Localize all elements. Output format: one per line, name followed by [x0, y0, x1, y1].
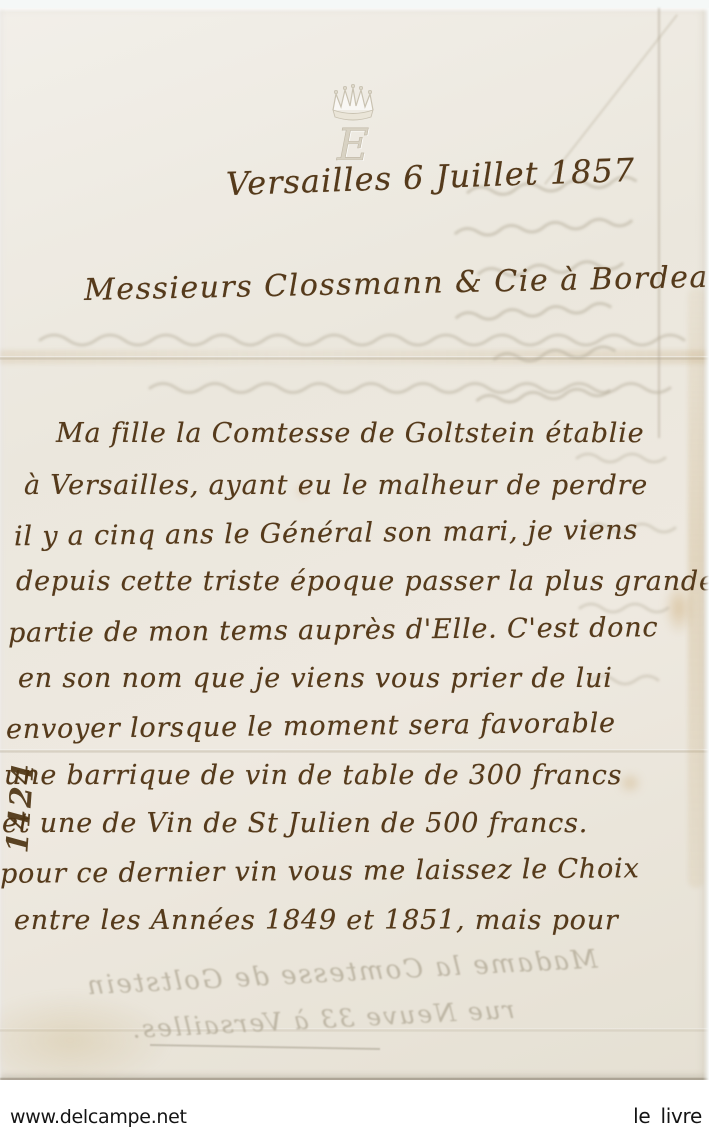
letter-body-line: envoyer lorsque le moment sera favorable — [6, 708, 616, 745]
crown-monogram-emboss-icon: E E — [318, 80, 388, 172]
letter-body-line: partie de mon tems auprès d'Elle. C'est … — [8, 612, 659, 649]
scan-background-edge — [0, 0, 709, 8]
letter-body-line: et une de Vin de St Julien de 500 francs… — [2, 808, 588, 839]
letter-body-line: en son nom que je viens vous prier de lu… — [18, 663, 613, 694]
verso-showthrough-line: rue Neuve 33 à Versailles. — [130, 995, 516, 1044]
letter-body-line: depuis cette triste époque passer la plu… — [16, 566, 709, 597]
letter-body-line: à Versailles, ayant eu le malheur de per… — [24, 470, 648, 501]
letter-body-line: une barrique de vin de table de 300 fran… — [4, 760, 622, 791]
watermark-band: www.delcampe.net le livre — [0, 1080, 709, 1132]
archivist-margin-number: 1424 — [0, 741, 43, 873]
watermark-site-text: www.delcampe.net — [10, 1106, 187, 1128]
letter-body-line: pour ce dernier vin vous me laissez le C… — [0, 853, 640, 890]
letter-body-line: Ma fille la Comtesse de Goltstein établi… — [56, 418, 644, 449]
verso-showthrough-line: Madame la Comtesse de Goltstein — [85, 945, 599, 1002]
letter-sheet: Madame la Comtesse de Goltstein rue Neuv… — [0, 8, 709, 1080]
letter-body-line: il y a cinq ans le Général son mari, je … — [14, 515, 638, 553]
scanned-letter-photo: Madame la Comtesse de Goltstein rue Neuv… — [0, 0, 709, 1132]
watermark-seller-text: le livre — [633, 1104, 702, 1128]
verso-showthrough-underline — [150, 1044, 380, 1050]
letter-body-line: entre les Années 1849 et 1851, mais pour — [14, 905, 619, 936]
scan-background-edge — [703, 8, 709, 1080]
fold-crease-lower — [0, 749, 709, 753]
ink-showthrough — [30, 326, 700, 416]
